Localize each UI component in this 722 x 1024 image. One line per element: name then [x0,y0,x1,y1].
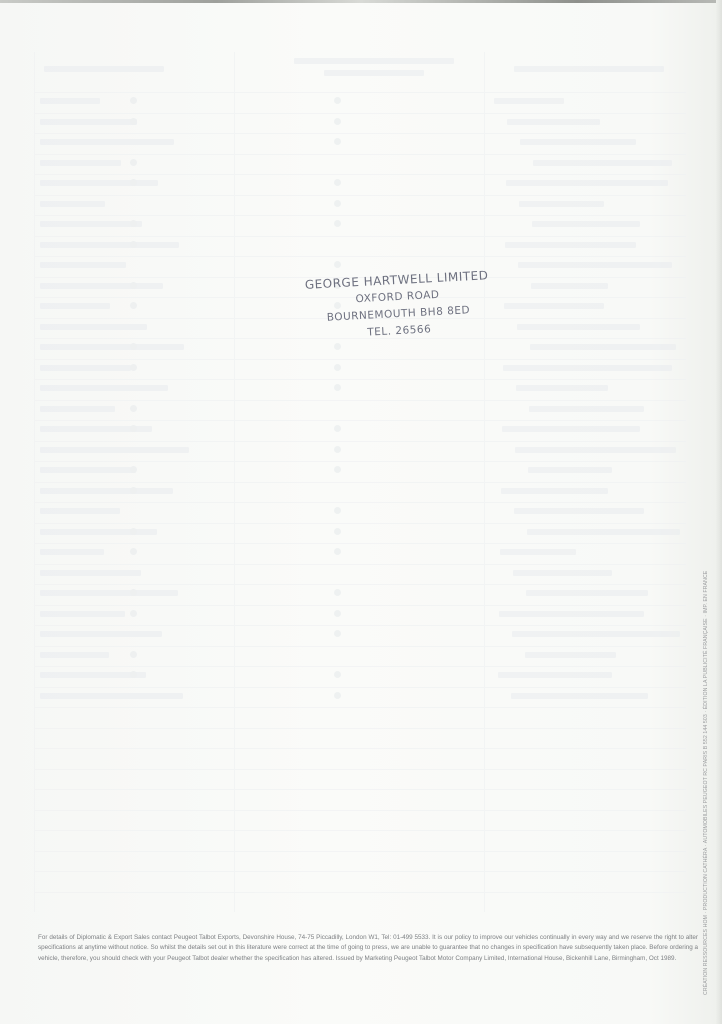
page-top-edge [0,0,722,3]
show-through-spec-table [34,52,686,912]
legal-footer: For details of Diplomatic & Export Sales… [38,933,698,964]
print-credit: CRÉATION RESSOURCES HOM · PRODUCTION CAT… [703,571,709,995]
dealer-stamp: GEORGE HARTWELL LIMITED OXFORD ROAD BOUR… [296,267,499,345]
page-right-edge [716,0,722,1024]
brochure-page: GEORGE HARTWELL LIMITED OXFORD ROAD BOUR… [0,0,722,1024]
